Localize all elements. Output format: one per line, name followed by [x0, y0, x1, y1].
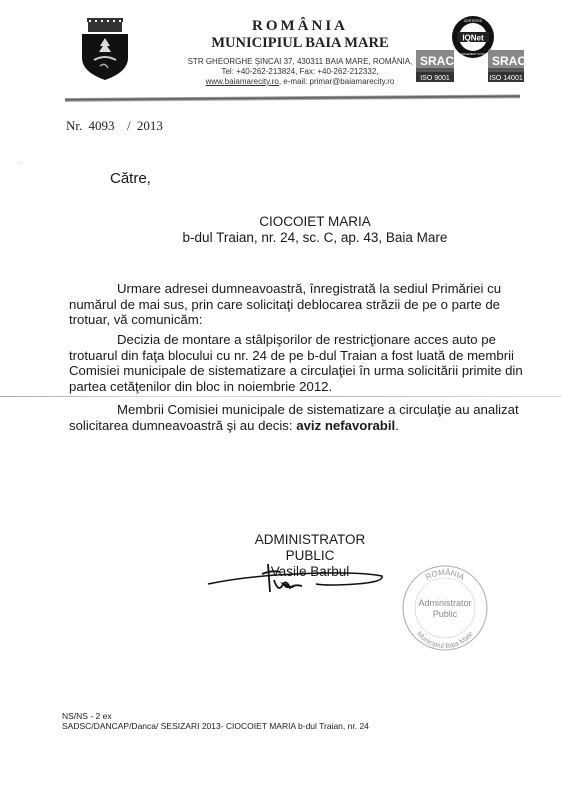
- reference-number: 4093: [89, 118, 115, 133]
- recipient-block: CIOCOIET MARIA b-dul Traian, nr. 24, sc.…: [180, 214, 450, 246]
- svg-text:SRAC: SRAC: [492, 54, 526, 68]
- footer-copies: NS/NS - 2 ex: [62, 711, 369, 721]
- svg-text:ISO 14001: ISO 14001: [489, 75, 523, 82]
- certification-logos: IQNet CERTIFIED MANAGEMENT SYSTEM SRAC I…: [410, 10, 530, 82]
- srac-iso14001-badge: SRAC ISO 14001: [488, 50, 526, 82]
- svg-text:ROMÂNIA: ROMÂNIA: [424, 568, 467, 582]
- official-stamp: ROMÂNIA Administrator Public Municipiul …: [400, 563, 490, 653]
- signatory-title: ADMINISTRATOR PUBLIC: [230, 532, 390, 564]
- letterhead-divider: [65, 94, 520, 102]
- svg-text:SRAC: SRAC: [420, 54, 454, 68]
- website-link[interactable]: www.baiamarecity.ro: [206, 77, 279, 86]
- reference-separator: /: [127, 118, 131, 133]
- scan-speck: ·∴·: [17, 160, 25, 167]
- reference-year: 2013: [137, 118, 163, 133]
- svg-text:ISO 9001: ISO 9001: [420, 75, 450, 82]
- recipient-address: b-dul Traian, nr. 24, sc. C, ap. 43, Bai…: [180, 230, 450, 246]
- document-footer: NS/NS - 2 ex SADSC/DANCAP/Danca/ SESIZAR…: [62, 711, 369, 731]
- recipient-name: CIOCOIET MARIA: [180, 214, 450, 230]
- decision-text: aviz nefavorabil: [296, 418, 395, 433]
- salutation: Către,: [110, 170, 151, 187]
- iqnet-certified-icon: IQNet CERTIFIED MANAGEMENT SYSTEM: [452, 16, 494, 58]
- body-paragraph-3: Membrii Comisiei municipale de sistemati…: [69, 402, 529, 433]
- body-paragraph-2: Decizia de montare a stâlpişorilor de re…: [69, 332, 529, 394]
- svg-text:Municipiul Baia Mare: Municipiul Baia Mare: [415, 631, 474, 650]
- scan-artifact-line: [0, 396, 562, 397]
- letterhead-contact: STR GHEORGHE ŞINCAI 37, 430311 BAIA MARE…: [180, 57, 420, 87]
- letterhead-country: ROMÂNIA: [180, 18, 420, 35]
- svg-text:IQNet: IQNet: [462, 34, 484, 43]
- registration-number: Nr. 4093 / 2013: [66, 118, 163, 134]
- svg-text:Public: Public: [433, 609, 458, 619]
- reference-label: Nr.: [66, 118, 82, 133]
- srac-iso9001-badge: SRAC ISO 9001: [416, 50, 454, 82]
- svg-text:MANAGEMENT SYSTEM: MANAGEMENT SYSTEM: [458, 52, 488, 56]
- email-text[interactable]: , e-mail: primar@baiamarecity.ro: [279, 77, 395, 86]
- footer-filing-reference: SADSC/DANCAP/Danca/ SESIZARI 2013- CIOCO…: [62, 721, 369, 731]
- body-paragraph-1: Urmare adresei dumneavoastră, înregistra…: [69, 281, 529, 328]
- svg-text:CERTIFIED: CERTIFIED: [464, 19, 483, 23]
- letterhead-phone-fax: Tel: +40-262-213824, Fax: +40-262-212332…: [180, 67, 420, 77]
- svg-text:Administrator: Administrator: [418, 598, 471, 608]
- letterhead-municipality: MUNICIPIUL BAIA MARE: [180, 35, 420, 52]
- letterhead-address: STR GHEORGHE ŞINCAI 37, 430311 BAIA MARE…: [180, 57, 420, 67]
- handwritten-signature-icon: [206, 562, 386, 598]
- coat-of-arms-icon: [80, 18, 130, 80]
